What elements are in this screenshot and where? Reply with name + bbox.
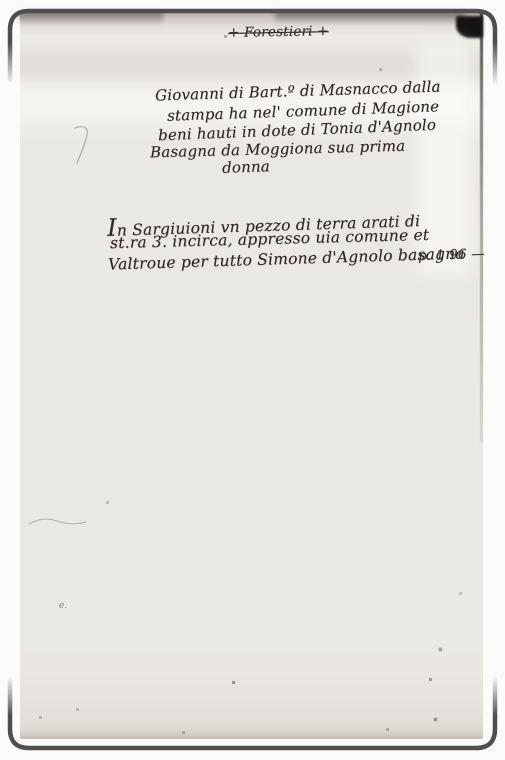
page-corner-shadow	[456, 16, 483, 38]
paper-speckles	[20, 13, 21, 14]
tiny-margin-mark: e.	[59, 601, 67, 611]
top-edge-smudge-left	[18, 12, 163, 25]
entry-line: donna	[222, 157, 271, 177]
page-right-edge-shadow	[480, 13, 483, 443]
pencil-mark	[73, 125, 95, 169]
manuscript-page: + Forestieri + Giovanni di Bart.º di Mas…	[20, 13, 483, 739]
stray-ink-line	[28, 513, 90, 529]
manuscript-scan-viewport: + Forestieri + Giovanni di Bart.º di Mas…	[0, 0, 505, 760]
page-heading-crossed-out: + Forestieri +	[228, 23, 329, 41]
margin-amount-note: p. 1 96 —	[418, 246, 485, 264]
top-edge-smudge-right	[275, 12, 465, 24]
